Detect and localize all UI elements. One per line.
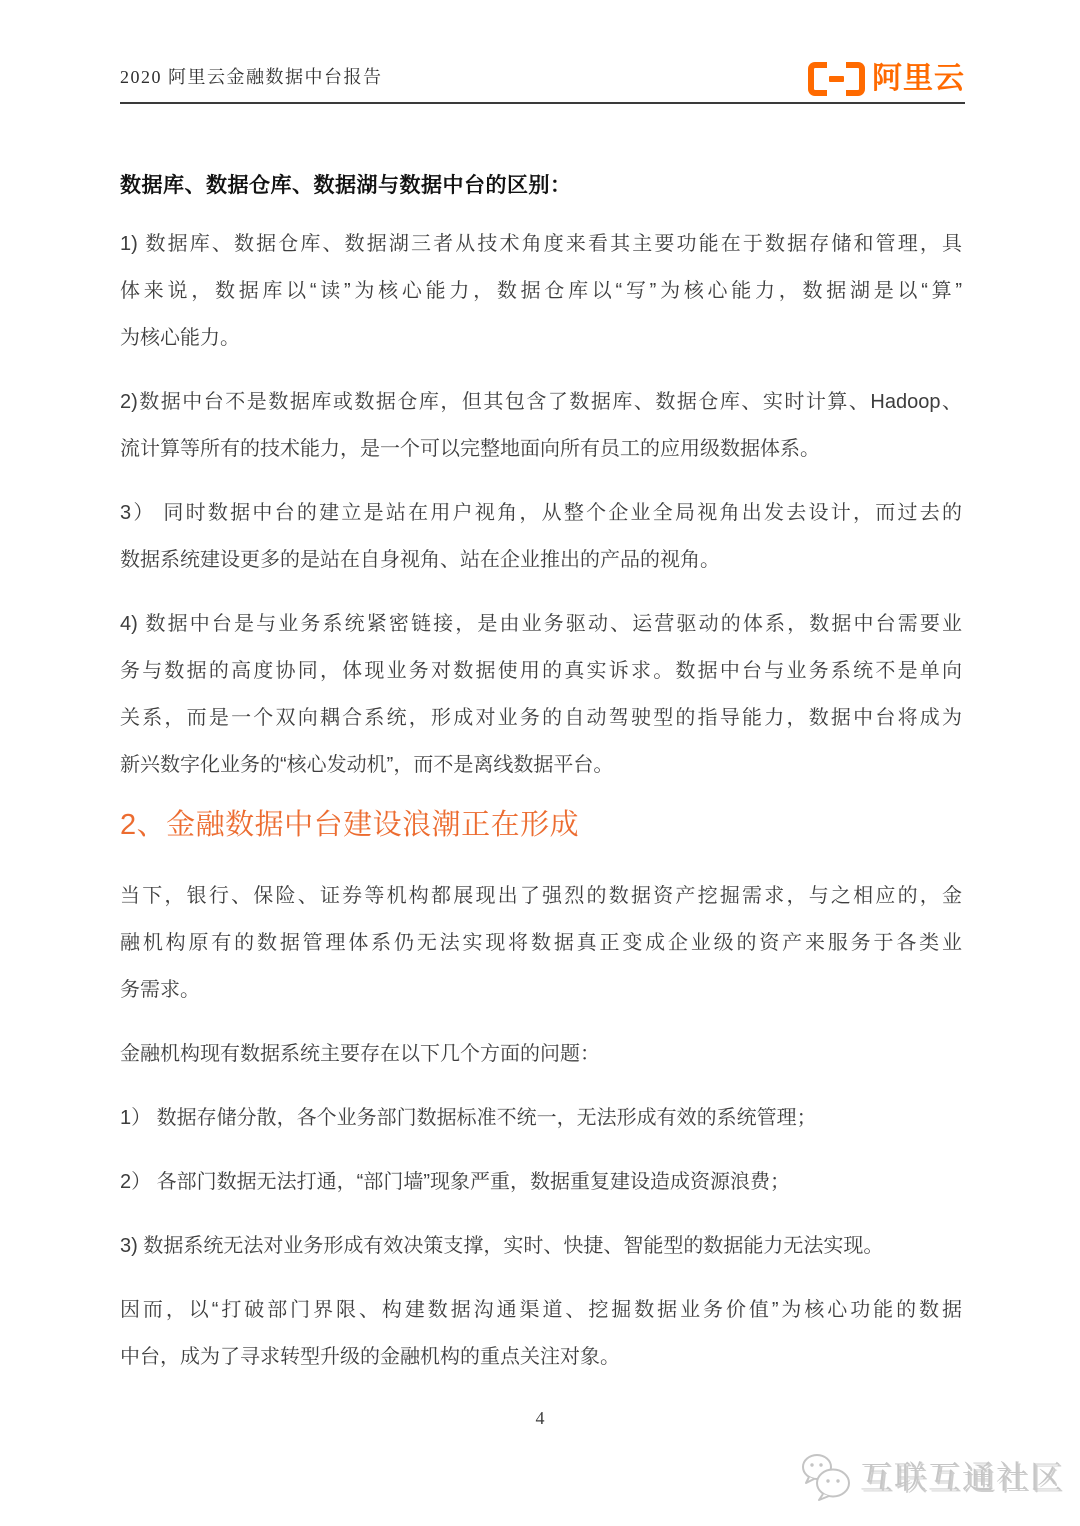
section-2-heading: 2、金融数据中台建设浪潮正在形成: [120, 803, 962, 847]
text-line: 4) 数据中台是与业务系统紧密链接，是由业务驱动、运营驱动的体系，数据中台需要业: [120, 601, 962, 648]
paragraph-6: 金融机构现有数据系统主要存在以下几个方面的问题：: [120, 1031, 962, 1078]
text-line: 3) 数据系统无法对业务形成有效决策支撑，实时、快捷、智能型的数据能力无法实现。: [120, 1223, 962, 1270]
logo-bracket-left-icon: [808, 62, 827, 96]
text-line: 2)数据中台不是数据库或数据仓库，但其包含了数据库、数据仓库、实时计算、Hado…: [120, 379, 962, 426]
paragraph-5: 当下，银行、保险、证券等机构都展现出了强烈的数据资产挖掘需求，与之相应的，金 融…: [120, 873, 962, 1014]
text-line: 体来说，数据库以“读”为核心能力，数据仓库以“写”为核心能力，数据湖是以“算”: [120, 268, 962, 315]
report-page: 2020 阿里云金融数据中台报告 阿里云 数据库、数据仓库、数据湖与数据中台的区…: [0, 0, 1080, 1526]
report-title: 2020 阿里云金融数据中台报告: [120, 64, 383, 90]
text-line: 流计算等所有的技术能力，是一个可以完整地面向所有员工的应用级数据体系。: [120, 426, 962, 473]
paragraph-3: 3） 同时数据中台的建立是站在用户视角，从整个企业全局视角出发去设计，而过去的 …: [120, 490, 962, 584]
list-item-1: 1） 数据存储分散，各个业务部门数据标准不统一，无法形成有效的系统管理；: [120, 1095, 962, 1142]
page-number: 4: [0, 1408, 1080, 1429]
text-line: 3） 同时数据中台的建立是站在用户视角，从整个企业全局视角出发去设计，而过去的: [120, 490, 962, 537]
logo-bracket-right-icon: [846, 62, 865, 96]
document-body: 数据库、数据仓库、数据湖与数据中台的区别： 1) 数据库、数据仓库、数据湖三者从…: [120, 168, 962, 1381]
text-line: 为核心能力。: [120, 315, 962, 362]
paragraph-2: 2)数据中台不是数据库或数据仓库，但其包含了数据库、数据仓库、实时计算、Hado…: [120, 379, 962, 473]
text-line: 2） 各部门数据无法打通，“部门墙”现象严重，数据重复建设造成资源浪费；: [120, 1159, 962, 1206]
paragraph-4: 4) 数据中台是与业务系统紧密链接，是由业务驱动、运营驱动的体系，数据中台需要业…: [120, 601, 962, 789]
list-item-3: 3) 数据系统无法对业务形成有效决策支撑，实时、快捷、智能型的数据能力无法实现。: [120, 1223, 962, 1270]
community-watermark: 互联互通社区: [800, 1452, 1064, 1502]
text-line: 当下，银行、保险、证券等机构都展现出了强烈的数据资产挖掘需求，与之相应的，金: [120, 873, 962, 920]
logo-dash-icon: [829, 76, 844, 82]
text-line: 融机构原有的数据管理体系仍无法实现将数据真正变成企业级的资产来服务于各类业: [120, 920, 962, 967]
text-line: 务与数据的高度协同，体现业务对数据使用的真实诉求。数据中台与业务系统不是单向: [120, 648, 962, 695]
text-line: 新兴数字化业务的“核心发动机”，而不是离线数据平台。: [120, 742, 962, 789]
list-item-2: 2） 各部门数据无法打通，“部门墙”现象严重，数据重复建设造成资源浪费；: [120, 1159, 962, 1206]
page-header: 2020 阿里云金融数据中台报告 阿里云: [120, 0, 965, 104]
text-line: 1） 数据存储分散，各个业务部门数据标准不统一，无法形成有效的系统管理；: [120, 1095, 962, 1142]
text-line: 关系，而是一个双向耦合系统，形成对业务的自动驾驶型的指导能力，数据中台将成为: [120, 695, 962, 742]
intro-heading: 数据库、数据仓库、数据湖与数据中台的区别：: [120, 168, 962, 204]
text-line: 1) 数据库、数据仓库、数据湖三者从技术角度来看其主要功能在于数据存储和管理，具: [120, 221, 962, 268]
alibaba-cloud-logo: 阿里云: [808, 62, 965, 96]
text-line: 因而，以“打破部门界限、构建数据沟通渠道、挖掘数据业务价值”为核心功能的数据: [120, 1287, 962, 1334]
paragraph-7: 因而，以“打破部门界限、构建数据沟通渠道、挖掘数据业务价值”为核心功能的数据 中…: [120, 1287, 962, 1381]
text-line: 中台，成为了寻求转型升级的金融机构的重点关注对象。: [120, 1334, 962, 1381]
wechat-icon: [800, 1452, 852, 1502]
text-line: 数据系统建设更多的是站在自身视角、站在企业推出的产品的视角。: [120, 537, 962, 584]
watermark-text: 互联互通社区: [860, 1452, 1064, 1502]
paragraph-1: 1) 数据库、数据仓库、数据湖三者从技术角度来看其主要功能在于数据存储和管理，具…: [120, 221, 962, 362]
text-line: 务需求。: [120, 967, 962, 1014]
text-line: 金融机构现有数据系统主要存在以下几个方面的问题：: [120, 1031, 962, 1078]
logo-text: 阿里云: [872, 62, 965, 96]
